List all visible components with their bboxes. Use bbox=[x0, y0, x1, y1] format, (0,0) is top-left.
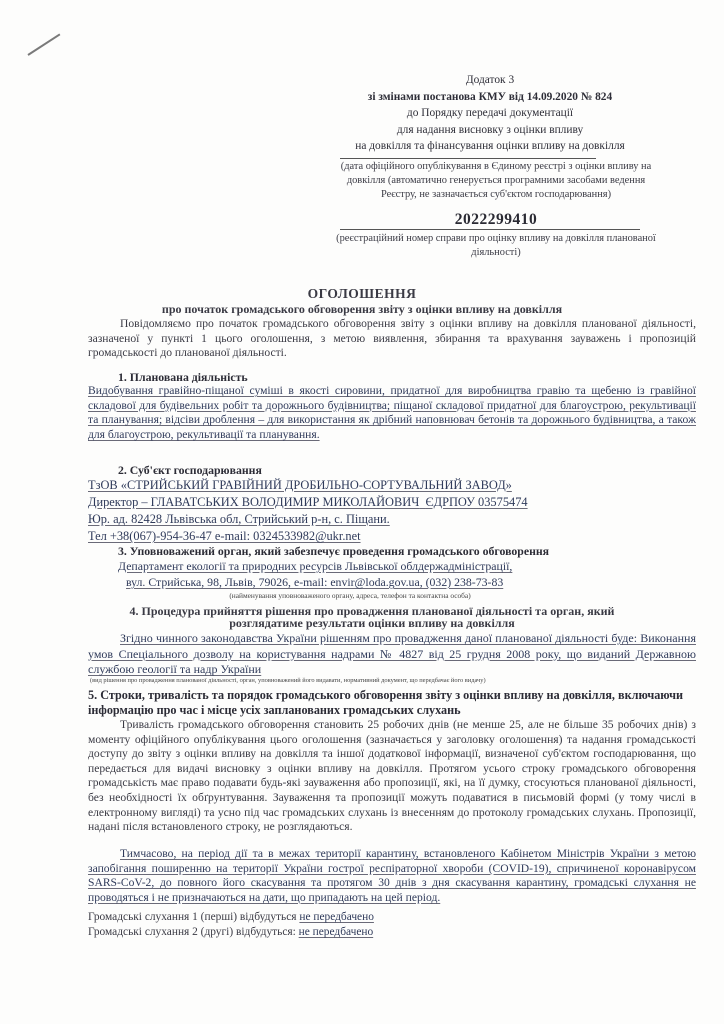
authority-name: Департамент екології та природних ресурс… bbox=[118, 558, 512, 574]
hearing-2-label: Громадські слухання 2 (другі) відбудутьс… bbox=[88, 926, 296, 938]
annex-line: зі змінами постанова КМУ від 14.09.2020 … bbox=[300, 89, 680, 106]
section-4-heading-2: розглядатиме результати оцінки впливу на… bbox=[10, 616, 724, 631]
pen-mark bbox=[27, 33, 60, 55]
section-2-heading: 2. Суб'єкт господарювання bbox=[118, 462, 262, 478]
annex-line: на довкілля та фінансування оцінки вплив… bbox=[300, 138, 680, 155]
section-3-heading: 3. Уповноважений орган, який забезпечує … bbox=[118, 543, 549, 559]
authority-caption: (найменування уповноваженого органу, адр… bbox=[190, 591, 510, 600]
announcement-title: ОГОЛОШЕННЯ bbox=[0, 286, 724, 302]
hearing-1-value: не передбачено bbox=[299, 911, 374, 923]
date-line bbox=[340, 158, 596, 159]
hearing-2-value: не передбачено bbox=[299, 926, 374, 938]
registration-number: 2022299410 bbox=[336, 211, 656, 229]
contacts: Тел +38(067)-954-36-47 e-mail: 032453398… bbox=[88, 528, 361, 544]
announcement-intro: Повідомляємо про початок громадського об… bbox=[88, 317, 696, 361]
annex-line: Додаток 3 bbox=[300, 72, 680, 89]
hearing-1-label: Громадські слухання 1 (перші) відбудутьс… bbox=[88, 911, 297, 923]
hearing-1: Громадські слухання 1 (перші) відбудутьс… bbox=[88, 909, 374, 925]
director-line: Директор – ГЛАВАТСЬКИХ ВОЛОДИМИР МИКОЛАЙ… bbox=[88, 494, 528, 510]
hearing-2: Громадські слухання 2 (другі) відбудутьс… bbox=[88, 924, 373, 940]
company-name: ТзОВ «СТРИЙСЬКИЙ ГРАВІЙНИЙ ДРОБИЛЬНО-СОР… bbox=[88, 477, 512, 493]
annex-line: для надання висновку з оцінки впливу bbox=[300, 122, 680, 139]
annex-header: Додаток 3 зі змінами постанова КМУ від 1… bbox=[300, 72, 680, 155]
registration-line bbox=[340, 229, 640, 230]
legal-address: Юр. ад. 82428 Львівська обл, Стрийський … bbox=[88, 511, 390, 527]
quarantine-notice: Тимчасово, на період дії та в межах тери… bbox=[88, 847, 696, 905]
publication-date-note: (дата офіційного опублікування в Єдиному… bbox=[336, 160, 656, 203]
edrpou-code: ЄДРПОУ 03575474 bbox=[425, 495, 527, 509]
discussion-terms: Тривалість громадського обговорення стан… bbox=[88, 718, 696, 835]
authority-address: вул. Стрийська, 98, Львів, 79026, e-mail… bbox=[126, 574, 503, 590]
section-1-heading: 1. Планована діяльність bbox=[118, 369, 248, 385]
director-name: Директор – ГЛАВАТСЬКИХ ВОЛОДИМИР МИКОЛАЙ… bbox=[88, 495, 419, 509]
decision-text: Згідно чинного законодавства України ріш… bbox=[88, 631, 696, 678]
announcement-subtitle: про початок громадського обговорення зві… bbox=[0, 302, 724, 317]
annex-line: до Порядку передачі документації bbox=[300, 105, 680, 122]
planned-activity-text: Видобування гравійно-піщаної суміші в як… bbox=[88, 384, 696, 443]
decision-caption: (вид рішення про провадження планованої … bbox=[90, 677, 710, 684]
registration-number-note: (реєстраційний номер справи про оцінку в… bbox=[336, 232, 656, 260]
section-5-heading: 5. Строки, тривалість та порядок громадс… bbox=[88, 688, 696, 717]
